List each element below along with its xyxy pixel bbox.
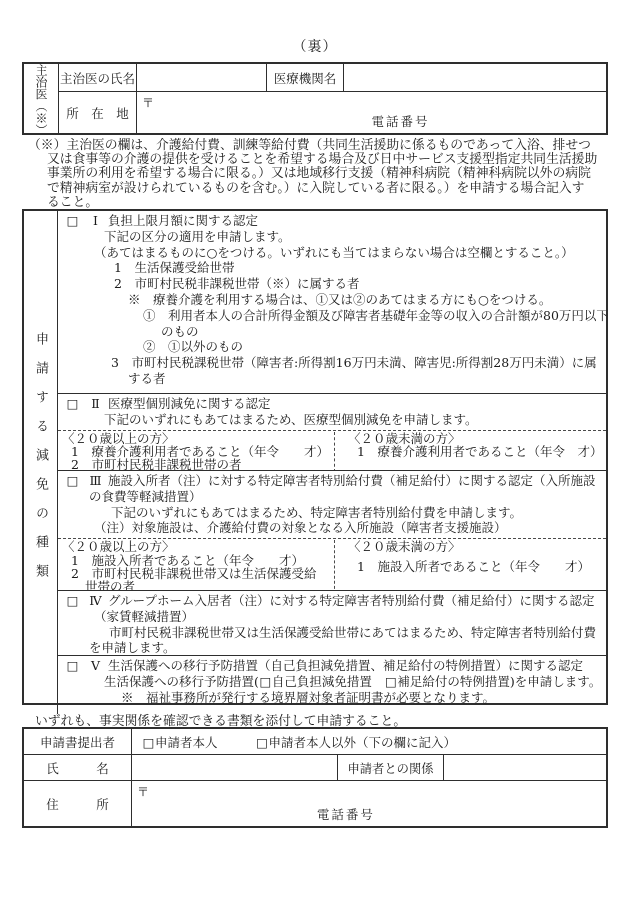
age-header: 〈２０歳未満の方〉 (344, 432, 606, 445)
section-1-text: 下記の区分の適用を申請します。 (58, 229, 606, 245)
section-3-facility-resident: □Ⅲ施設入所者（注）に対する特定障害者特別給付費（補足給付）に関する認定（入所施… (58, 470, 606, 590)
section-1-title-line: □Ⅰ負担上限月額に関する認定 (58, 213, 606, 229)
section-4-text: を申請します。 (58, 640, 606, 655)
reduction-type-table: 申請する減免の種類 □Ⅰ負担上限月額に関する認定 下記の区分の適用を申請します。… (22, 209, 608, 705)
reduction-vertical-label: 申請する減免の種類 (24, 211, 58, 714)
section-4-text: （家賃軽減措置） (58, 609, 606, 625)
submitter-address-input[interactable]: 〒 電話番号 (131, 780, 606, 826)
submitter-name-input[interactable] (131, 754, 337, 780)
section-3-title-line: □Ⅲ施設入所者（注）に対する特定障害者特別給付費（補足給付）に関する認定（入所施… (58, 473, 606, 489)
section-1-title: 負担上限月額に関する認定 (108, 213, 258, 228)
section-1-text: （あてはまるものに○をつける。いずれにも当てはまらない場合は空欄とすること。） (58, 245, 606, 261)
checkbox-applicant-self[interactable]: □ (142, 735, 155, 750)
apply-text: 自己負担減免措置 (272, 674, 385, 689)
option-label: 申請者本人 (155, 735, 218, 750)
age-header: 〈２０歳以上の方〉 (58, 432, 334, 445)
section-3-age-columns: 〈２０歳以上の方〉 1 施設入所者であること（年令 才） 2 市町村民税非課税世… (58, 538, 606, 590)
section-2-age-columns: 〈２０歳以上の方〉 1 療養介護利用者であること（年令 才） 2 市町村民税非課… (58, 430, 606, 470)
section-2-title: 医療型個別減免に関する認定 (108, 396, 271, 411)
doctor-address-input[interactable]: 〒 電話番号 (136, 91, 606, 133)
section-1-numeral: Ⅰ (89, 213, 102, 229)
submitter-address-label: 住 所 (24, 780, 131, 826)
condition: 1 療養介護利用者であること（年令 才） (58, 445, 334, 458)
option-applicant-self: □申請者本人 (142, 733, 218, 751)
page-title: （裏） (0, 36, 630, 56)
section-5-numeral: Ⅴ (89, 658, 102, 674)
option-label: 申請者本人以外（下の欄に記入） (269, 735, 457, 750)
submitter-phone-label: 電話番号 (317, 805, 375, 823)
section-1-burden-cap: □Ⅰ負担上限月額に関する認定 下記の区分の適用を申請します。 （あてはまるものに… (58, 211, 606, 393)
section-2-title-line: □Ⅱ医療型個別減免に関する認定 (58, 396, 606, 412)
relation-label: 申請者との関係 (337, 754, 443, 780)
section-2-checkbox[interactable]: □ (66, 396, 79, 412)
section-3-over20: 〈２０歳以上の方〉 1 施設入所者であること（年令 才） 2 市町村民税非課税世… (58, 540, 334, 590)
section-3-text: 下記のいずれにもあてはまるため、特定障害者特別給付費を申請します。 (58, 505, 606, 521)
hospital-name-input[interactable] (343, 64, 606, 91)
reduction-sections: □Ⅰ負担上限月額に関する認定 下記の区分の適用を申請します。 （あてはまるものに… (58, 211, 606, 714)
option-applicant-other: □申請者本人以外（下の欄に記入） (256, 733, 457, 751)
section-2-text: 下記のいずれにもあてはまるため、医療型個別減免を申請します。 (58, 412, 606, 428)
condition: 1 療養介護利用者であること（年令 才） (344, 445, 606, 458)
section-3-title-wrap: の食費等軽減措置） (58, 489, 606, 505)
section-2-over20: 〈２０歳以上の方〉 1 療養介護利用者であること（年令 才） 2 市町村民税非課… (58, 432, 334, 470)
note-line: で精神病室が設けられているものを含む。）に入院している者に限る。）を申請する場合… (28, 182, 613, 196)
section-1-option: する者 (58, 371, 606, 387)
condition-wrap: 世帯の者 (58, 580, 334, 590)
section-2-numeral: Ⅱ (89, 396, 102, 412)
section-1-option: 2 市町村民税非課税世帯（※）に属する者 (58, 276, 606, 292)
section-1-text: ※ 療養介護を利用する場合は、①又は②のあてはまる方にも○をつける。 (58, 292, 606, 308)
submitter-row-label: 申請書提出者 (24, 729, 131, 754)
checkbox-self-burden-reduction[interactable]: □ (259, 674, 272, 690)
form-page-back: （裏） 主治医（※） 主治医の氏名 医療機関名 所 在 地 〒 電話番号 （※）… (0, 0, 630, 903)
condition: 1 施設入所者であること（年令 才） (58, 554, 334, 567)
section-1-option: ② ①以外のもの (58, 339, 606, 355)
condition: 2 市町村民税非課税世帯の者 (58, 458, 334, 470)
condition: 2 市町村民税非課税世帯又は生活保護受給 (58, 567, 334, 580)
section-5-welfare-transition: □Ⅴ生活保護への移行予防措置（自己負担減免措置、補足給付の特例措置）に関する認定… (58, 655, 606, 714)
submitter-table: 申請書提出者 □申請者本人 □申請者本人以外（下の欄に記入） 氏 名 申請者との… (22, 727, 608, 828)
section-3-checkbox[interactable]: □ (66, 473, 79, 489)
doctor-vertical-label: 主治医（※） (24, 64, 58, 133)
note-line: ること。 (28, 196, 613, 210)
submitter-options: □申請者本人 □申請者本人以外（下の欄に記入） (131, 729, 606, 754)
hospital-name-label: 医療機関名 (266, 64, 343, 91)
age-header: 〈２０歳以上の方〉 (58, 540, 334, 553)
section-1-option: ① 利用者本人の合計所得金額及び障害者基礎年金等の収入の合計額が80万円以下 (58, 308, 606, 324)
section-4-title-line: □Ⅳグループホーム入居者（注）に対する特定障害者特別給付費（補足給付）に関する認… (58, 593, 606, 609)
section-3-title: 施設入所者（注）に対する特定障害者特別給付費（補足給付）に関する認定（入所施設 (108, 473, 596, 488)
doctor-address-label: 所 在 地 (58, 91, 136, 133)
section-5-title-line: □Ⅴ生活保護への移行予防措置（自己負担減免措置、補足給付の特例措置）に関する認定 (58, 658, 606, 674)
section-4-text: 市町村民税非課税世帯又は生活保護受給世帯にあてはまるため、特定障害者特別給付費 (58, 625, 606, 641)
section-4-title: グループホーム入居者（注）に対する特定障害者特別給付費（補足給付）に関する認定 (108, 593, 595, 608)
section-3-under20: 〈２０歳未満の方〉 1 施設入所者であること（年令 才） (334, 540, 606, 590)
section-4-group-home: □Ⅳグループホーム入居者（注）に対する特定障害者特別給付費（補足給付）に関する認… (58, 590, 606, 655)
section-5-apply-line: 生活保護への移行予防措置(□自己負担減免措置 □補足給付の特例措置)を申請します… (58, 674, 606, 690)
relation-input[interactable] (443, 754, 606, 780)
submitter-name-label: 氏 名 (24, 754, 131, 780)
doctor-note: （※）主治医の欄は、介護給付費、訓練等給付費（共同生活援助に係るものであって入浴… (28, 139, 613, 210)
section-4-checkbox[interactable]: □ (66, 593, 79, 609)
section-4-numeral: Ⅳ (89, 593, 102, 609)
postal-mark: 〒 (137, 783, 149, 800)
section-5-title: 生活保護への移行予防措置（自己負担減免措置、補足給付の特例措置）に関する認定 (108, 658, 583, 673)
postal-mark: 〒 (142, 94, 154, 111)
apply-text: 補足給付の特例措置)を申請します。 (397, 674, 601, 689)
age-header: 〈２０歳未満の方〉 (344, 540, 606, 553)
section-5-checkbox[interactable]: □ (66, 658, 79, 674)
section-2-under20: 〈２０歳未満の方〉 1 療養介護利用者であること（年令 才） (334, 432, 606, 470)
apply-text: 生活保護への移行予防措置( (104, 674, 259, 689)
checkbox-applicant-other[interactable]: □ (256, 735, 269, 750)
section-3-note: （注）対象施設は、介護給付費の対象となる入所施設（障害者支援施設） (58, 520, 606, 536)
section-1-option: のもの (58, 324, 606, 340)
section-3-numeral: Ⅲ (89, 473, 102, 489)
doctor-name-label: 主治医の氏名 (58, 64, 136, 91)
doctor-name-input[interactable] (136, 64, 266, 91)
section-2-medical-reduction: □Ⅱ医療型個別減免に関する認定 下記のいずれにもあてはまるため、医療型個別減免を… (58, 393, 606, 470)
condition: 1 施設入所者であること（年令 才） (344, 560, 606, 573)
checkbox-supplementary-benefit[interactable]: □ (384, 674, 397, 690)
section-1-checkbox[interactable]: □ (66, 213, 79, 229)
section-1-option: 3 市町村民税課税世帯（障害者:所得割16万円未満、障害児:所得割28万円未満）… (58, 355, 606, 371)
doctor-table: 主治医（※） 主治医の氏名 医療機関名 所 在 地 〒 電話番号 (22, 62, 608, 135)
note-line: 事業所の利用を希望する場合に限る。）又は地域移行支援（精神科病院（精神科病院以外… (28, 167, 613, 181)
doctor-phone-label: 電話番号 (372, 112, 430, 130)
section-5-note: ※ 福祉事務所が発行する境界層対象者証明書が必要となります。 (58, 690, 606, 706)
section-1-option: 1 生活保護受給世帯 (58, 260, 606, 276)
